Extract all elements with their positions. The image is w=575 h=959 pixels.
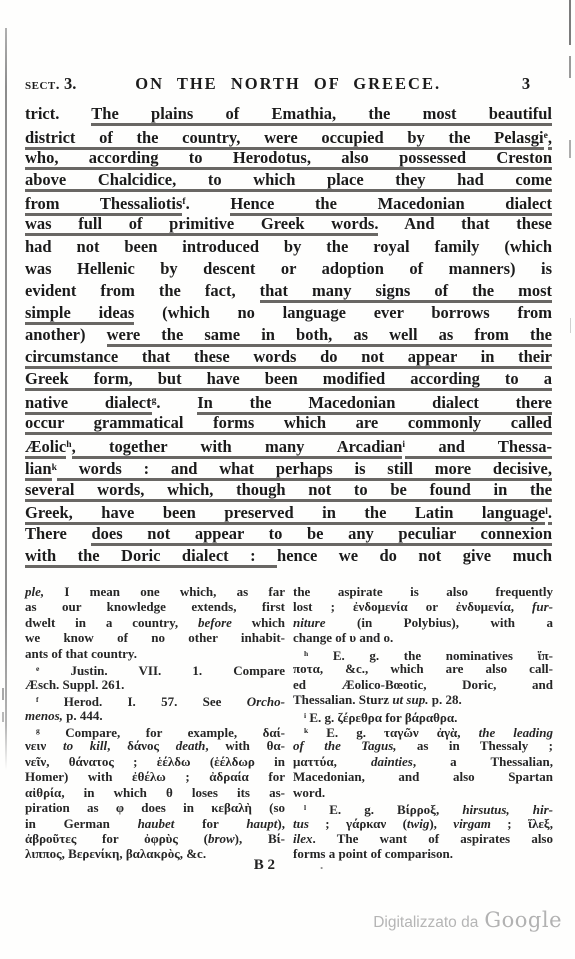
text-line: simple ideas (which no language ever bor… — [25, 302, 552, 324]
text-line: Macedonian, and also Spartan — [293, 769, 553, 784]
text-segment: ἀβροῦτες for ὀφρὺς ( — [25, 831, 208, 846]
scan-artifact-mark — [2, 688, 4, 700]
underlined-text: above Chalcidice, to which place they ha… — [25, 170, 552, 192]
underlined-text: occur grammatical forms which are common… — [25, 413, 552, 435]
text-segment: fur- — [532, 599, 553, 614]
text-segment: virgam — [453, 816, 491, 831]
underlined-text: and Thessa- — [405, 437, 552, 459]
google-watermark: Digitalizzato daGoogle — [373, 908, 562, 932]
text-segment: ), — [429, 816, 453, 831]
text-line: i E. g. ζέρεθρα for βάραθρα. — [293, 708, 553, 723]
text-segment: Macedonian, and also Spartan — [293, 769, 553, 784]
text-segment: dainties — [371, 754, 413, 769]
text-line: lost ; ἐνδομενία or ἐνδυμενία, fur- — [293, 599, 553, 614]
text-line: liank words : and what perhaps is still … — [25, 457, 552, 479]
scan-artifact-right-edge — [569, 56, 571, 78]
text-segment: niture — [293, 615, 326, 630]
text-line: occur grammatical forms which are common… — [25, 412, 552, 434]
text-line: ed Æolico-Bœotic, Doric, and — [293, 677, 553, 692]
text-line: menos, p. 444. — [25, 708, 285, 723]
text-segment: ple, — [25, 584, 44, 599]
text-line: native dialectg. In the Macedonian diale… — [25, 390, 552, 412]
running-title: ON THE NORTH OF GREECE. — [76, 74, 500, 94]
underlined-text: were the same in both, as well as from t… — [107, 325, 552, 347]
text-line: change of υ and ο. — [293, 630, 553, 645]
text-line: ἀβροῦτες for ὀφρὺς (brow), Βί- — [25, 831, 285, 846]
scan-artifact-right-edge — [569, 0, 571, 45]
underlined-text: , together with many Arcadian — [72, 437, 403, 459]
text-segment: p. 444. — [63, 708, 103, 723]
text-segment: Æsch. Suppl. 261. — [25, 677, 124, 692]
underlined-text: does not appear to be any peculiar conne… — [91, 524, 552, 546]
text-line: ματτύα, dainties, a Thessalian, — [293, 754, 553, 769]
text-segment: αἰθρία, in which θ loses its as- — [25, 785, 285, 800]
text-segment: ματτύα, — [293, 754, 371, 769]
text-segment: And that these — [378, 214, 552, 233]
signature-label: B 2 — [254, 857, 275, 873]
text-segment: as our knowledge extends, first — [25, 599, 285, 614]
footnotes-right-column: the aspirate is also frequentlylost ; ἐν… — [293, 584, 553, 862]
text-segment: before — [198, 615, 232, 630]
text-line: above Chalcidice, to which place they ha… — [25, 169, 552, 191]
text-line: we know of no other inhabit- — [25, 630, 285, 645]
text-segment: had not been introduced by the royal fam… — [25, 237, 552, 256]
text-segment: I mean one which, as far — [44, 584, 285, 599]
text-line: was Hellenic by descent or adoption of m… — [25, 258, 552, 280]
text-segment: , a Thessalian, — [413, 754, 553, 769]
text-line: niture (in Polybius), with a — [293, 615, 553, 630]
signature-mark: B 2. — [25, 857, 552, 874]
underlined-text: was full of primitive Greek words. — [25, 214, 378, 236]
text-segment: was Hellenic by descent or adoption of m… — [25, 259, 552, 278]
text-line: several words, which, though not to be f… — [25, 479, 552, 501]
text-line: district of the country, were occupied b… — [25, 125, 552, 147]
text-line: the aspirate is also frequently — [293, 584, 553, 599]
page-number: 3 — [500, 74, 552, 94]
text-segment: , δάνος — [107, 738, 176, 753]
text-line: νεῖν, θάνατος ; ἑέλδω (ἑέλδωρ in — [25, 754, 285, 769]
text-segment: p. 28. — [428, 692, 461, 707]
section-heading: sect.3. — [25, 74, 76, 94]
text-segment: lost ; ἐνδομενία or ἐνδυμενία, — [293, 599, 532, 614]
underlined-text: several words, which, though not to be f… — [25, 480, 552, 502]
text-segment: hence we do not give much — [277, 546, 552, 565]
text-segment: ; γάρκαν ( — [309, 816, 407, 831]
underlined-text: that many signs of the most — [260, 281, 552, 303]
text-segment: (in Polybius), with a — [326, 615, 553, 630]
text-segment: tus — [293, 816, 309, 831]
text-segment: death — [176, 738, 206, 753]
text-segment: Orcho- — [247, 694, 285, 709]
text-line: piration as φ does in κεβαλὴ (so — [25, 800, 285, 815]
underlined-text: The plains of Emathia, the most beautifu… — [91, 104, 552, 126]
underlined-text: who, according to Herodotus, also posses… — [25, 148, 552, 170]
text-line: had not been introduced by the royal fam… — [25, 236, 552, 258]
text-segment: which — [232, 615, 285, 630]
text-line: circumstance that these words do not app… — [25, 346, 552, 368]
text-segment: ποτα, &c., which are also call- — [293, 661, 553, 676]
text-segment: ), — [277, 816, 285, 831]
book-page-scan: sect.3. ON THE NORTH OF GREECE. 3 trict.… — [0, 0, 575, 959]
text-line: who, according to Herodotus, also posses… — [25, 147, 552, 169]
text-line: Æolich, together with many Arcadiani and… — [25, 434, 552, 456]
text-line: dwelt in a country, before which — [25, 615, 285, 630]
text-segment: for — [174, 816, 246, 831]
text-segment: There — [25, 524, 91, 543]
text-line: νειν to kill, δάνος death, with θα- — [25, 738, 285, 753]
text-segment: brow — [208, 831, 235, 846]
text-segment: menos, — [25, 708, 63, 723]
text-line: tus ; γάρκαν (twig), virgam ; ἵλεξ, — [293, 816, 553, 831]
text-segment: to kill — [63, 738, 107, 753]
text-segment: ut sup. — [392, 692, 428, 707]
underlined-text: circumstance that these words do not app… — [25, 347, 552, 369]
text-line: evident from the fact, that many signs o… — [25, 280, 552, 302]
text-line: ilex. The want of aspirates also — [293, 831, 553, 846]
text-segment: piration as φ does in κεβαλὴ (so — [25, 800, 285, 815]
text-segment: . — [156, 393, 197, 412]
section-number: 3. — [64, 74, 76, 93]
text-line: of the Tagus, as in Thessaly ; — [293, 738, 553, 753]
text-segment: . The want of aspirates also — [313, 831, 554, 846]
text-line: g Compare, for example, δαί- — [25, 723, 285, 738]
text-line: in German haubet for haupt), — [25, 816, 285, 831]
underlined-text: simple ideas — [25, 303, 134, 325]
underlined-text: words : and what perhaps is still more d… — [57, 459, 552, 481]
text-segment: in German — [25, 816, 138, 831]
scan-artifact-right-edge — [569, 140, 571, 158]
watermark-text: Digitalizzato da — [373, 914, 478, 931]
text-line: Homer) with ἐθέλω ; ἀδραία for — [25, 769, 285, 784]
text-segment: . — [186, 194, 231, 213]
text-segment: Thessalian. Sturz — [293, 692, 392, 707]
text-segment: word. — [293, 785, 325, 800]
text-line: h E. g. the nominatives ἵπ- — [293, 646, 553, 661]
text-line: f Herod. I. 57. See Orcho- — [25, 692, 285, 707]
underlined-text: Æolic — [25, 437, 66, 459]
text-line: with the Doric dialect : hence we do not… — [25, 545, 552, 567]
scan-artifact-left-edge — [5, 28, 7, 770]
text-line: from Thessaliotisf. Hence the Macedonian… — [25, 191, 552, 213]
text-segment: as in Thessaly ; — [397, 738, 553, 753]
text-segment: νεῖν, θάνατος ; ἑέλδω (ἑέλδωρ in — [25, 754, 285, 769]
underlined-text: lian — [25, 459, 52, 481]
text-segment: change of υ and ο. — [293, 630, 393, 645]
text-segment: haupt — [246, 816, 277, 831]
text-line: Æsch. Suppl. 261. — [25, 677, 285, 692]
text-line: another) were the same in both, as well … — [25, 324, 552, 346]
section-label: sect. — [25, 77, 60, 93]
text-segment: the aspirate is also frequently — [293, 584, 553, 599]
main-text-block: trict. The plains of Emathia, the most b… — [25, 103, 552, 567]
text-line: word. — [293, 785, 553, 800]
footnote-marker: h — [66, 439, 71, 450]
text-line: ple, I mean one which, as far — [25, 584, 285, 599]
text-segment: evident from the fact, — [25, 281, 260, 300]
text-segment: νειν — [25, 738, 63, 753]
text-line: trict. The plains of Emathia, the most b… — [25, 103, 552, 125]
text-segment: twig — [407, 816, 429, 831]
underlined-text: with the Doric dialect : — [25, 546, 277, 568]
text-segment: ed Æolico-Bœotic, Doric, and — [293, 677, 553, 692]
text-line: There does not appear to be any peculiar… — [25, 523, 552, 545]
text-segment: ), Βί- — [235, 831, 285, 846]
text-line: as our knowledge extends, first — [25, 599, 285, 614]
text-segment: of the Tagus, — [293, 738, 397, 753]
text-line: ants of that country. — [25, 646, 285, 661]
text-segment: ilex — [293, 831, 313, 846]
text-segment: ants of that country. — [25, 646, 137, 661]
text-segment: haubet — [138, 816, 175, 831]
text-segment: ; ἵλεξ, — [491, 816, 553, 831]
text-line: l E. g. Βίρροξ, hirsutus, hir- — [293, 800, 553, 815]
page-header: sect.3. ON THE NORTH OF GREECE. 3 — [25, 74, 552, 94]
text-line: ποτα, &c., which are also call- — [293, 661, 553, 676]
text-segment: dwelt in a country, — [25, 615, 198, 630]
stray-ink-dot: . — [320, 857, 323, 872]
underlined-text: Greek form, but have been modified accor… — [25, 369, 552, 391]
text-line: Greek form, but have been modified accor… — [25, 368, 552, 390]
google-logo-text: Google — [484, 908, 562, 932]
text-segment: , with θα- — [205, 738, 285, 753]
text-line: k E. g. ταγῶν ἀγὰ, the leading — [293, 723, 553, 738]
text-segment: trict. — [25, 104, 91, 123]
text-segment: another) — [25, 325, 107, 344]
footnotes-left-column: ple, I mean one which, as faras our know… — [25, 584, 285, 862]
text-line: Greek, have been preserved in the Latin … — [25, 501, 552, 523]
scan-artifact-mark — [2, 712, 4, 722]
text-segment: Homer) with ἐθέλω ; ἀδραία for — [25, 769, 285, 784]
text-line: Thessalian. Sturz ut sup. p. 28. — [293, 692, 553, 707]
text-segment: we know of no other inhabit- — [25, 630, 285, 645]
text-segment: (which no language ever borrows from — [134, 303, 552, 322]
text-line: αἰθρία, in which θ loses its as- — [25, 785, 285, 800]
text-line: was full of primitive Greek words. And t… — [25, 213, 552, 235]
text-line: e Justin. VII. 1. Compare — [25, 661, 285, 676]
scan-artifact-right-edge — [570, 318, 571, 333]
